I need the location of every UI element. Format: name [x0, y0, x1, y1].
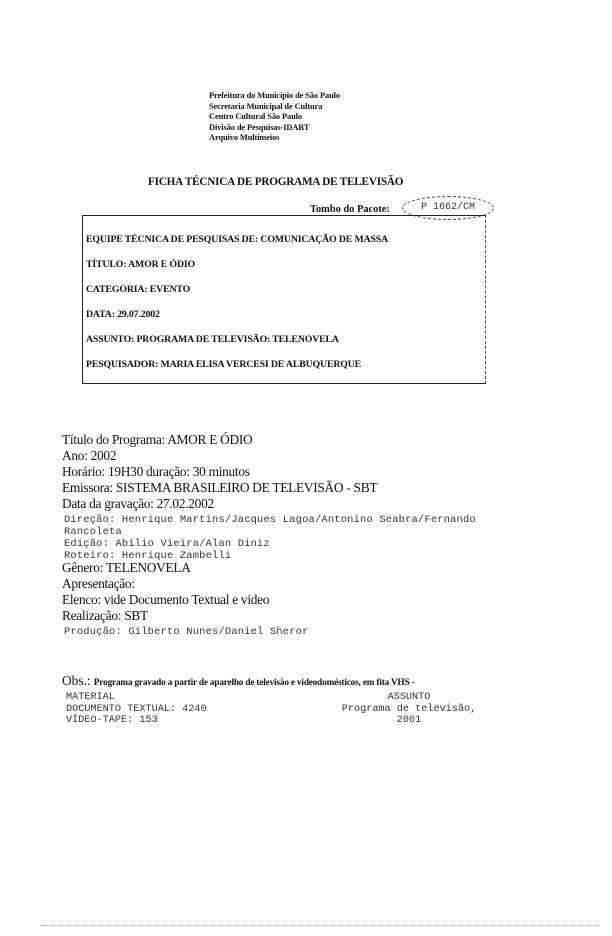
emissora: Emissora: SISTEMA BRASILEIRO DE TELEVISÃ… [62, 480, 377, 496]
direcao-cont: Rancoleta [64, 526, 122, 538]
realizacao: Realização: SBT [62, 608, 148, 624]
assunto-column: ASSUNTO Programa de televisão, 2001 [326, 692, 492, 727]
material-header: MATERIAL [66, 692, 207, 704]
producao: Produção: Gilberto Nunes/Daniel Sheror [64, 626, 309, 638]
institution-line: Divisão de Pesquisas-IDART [209, 123, 340, 134]
direcao: Direção: Henrique Martins/Jacques Lagoa/… [64, 514, 476, 526]
apresentacao: Apresentação: [62, 576, 135, 592]
tombo-label: Tombo do Pacote: [310, 204, 390, 215]
horario: Horário: 19H30 duração: 30 minutos [62, 464, 250, 480]
assunto-row: ASSUNTO: PROGRAMA DE TELEVISÃO: TELENOVE… [86, 334, 339, 345]
institution-line: Centro Cultural São Paulo [209, 112, 340, 123]
data-row: DATA: 29.07.2002 [86, 309, 160, 320]
equipe-row: EQUIPE TÉCNICA DE PESQUISAS DE: COMUNICA… [86, 234, 388, 245]
video-tape: VÍDEO-TAPE: 153 [66, 715, 207, 727]
titulo-programa: Título do Programa: AMOR E ÓDIO [62, 432, 252, 448]
documento-textual: DOCUMENTO TEXTUAL: 4240 [66, 704, 207, 716]
titulo-row: TÍTULO: AMOR E ÓDIO [86, 259, 195, 270]
categoria-row: CATEGORIA: EVENTO [86, 284, 190, 295]
ano: Ano: 2002 [62, 448, 116, 464]
material-column: MATERIAL DOCUMENTO TEXTUAL: 4240 VÍDEO-T… [66, 692, 207, 727]
assunto-year: 2001 [326, 715, 492, 727]
obs-text: Programa gravado a partir de aparelho de… [94, 677, 415, 687]
scan-noise-footer [40, 925, 600, 928]
institution-line: Prefeitura do Município de São Paulo [209, 91, 340, 102]
elenco: Elenco: vide Documento Textual e video [62, 592, 269, 608]
pesquisador-row: PESQUISADOR: MARIA ELISA VERCESI DE ALBU… [86, 359, 361, 370]
data-gravacao: Data da gravação: 27.02.2002 [62, 496, 214, 512]
obs-label: Obs.: [62, 673, 91, 688]
document-title: FICHA TÉCNICA DE PROGRAMA DE TELEVISÃO [148, 176, 403, 188]
observation: Obs.: Programa gravado a partir de apare… [62, 673, 415, 689]
institution-line: Arquivo Multimeios [209, 133, 340, 144]
edicao: Edição: Abílio Vieira/Alan Diniz [64, 538, 270, 550]
genero: Gênero: TELENOVELA [62, 560, 191, 576]
assunto-value: Programa de televisão, [326, 704, 492, 716]
institution-line: Secretaria Municipal de Cultura [209, 102, 340, 113]
institution-header: Prefeitura do Município de São Paulo Sec… [209, 91, 340, 144]
assunto-header: ASSUNTO [326, 692, 492, 704]
